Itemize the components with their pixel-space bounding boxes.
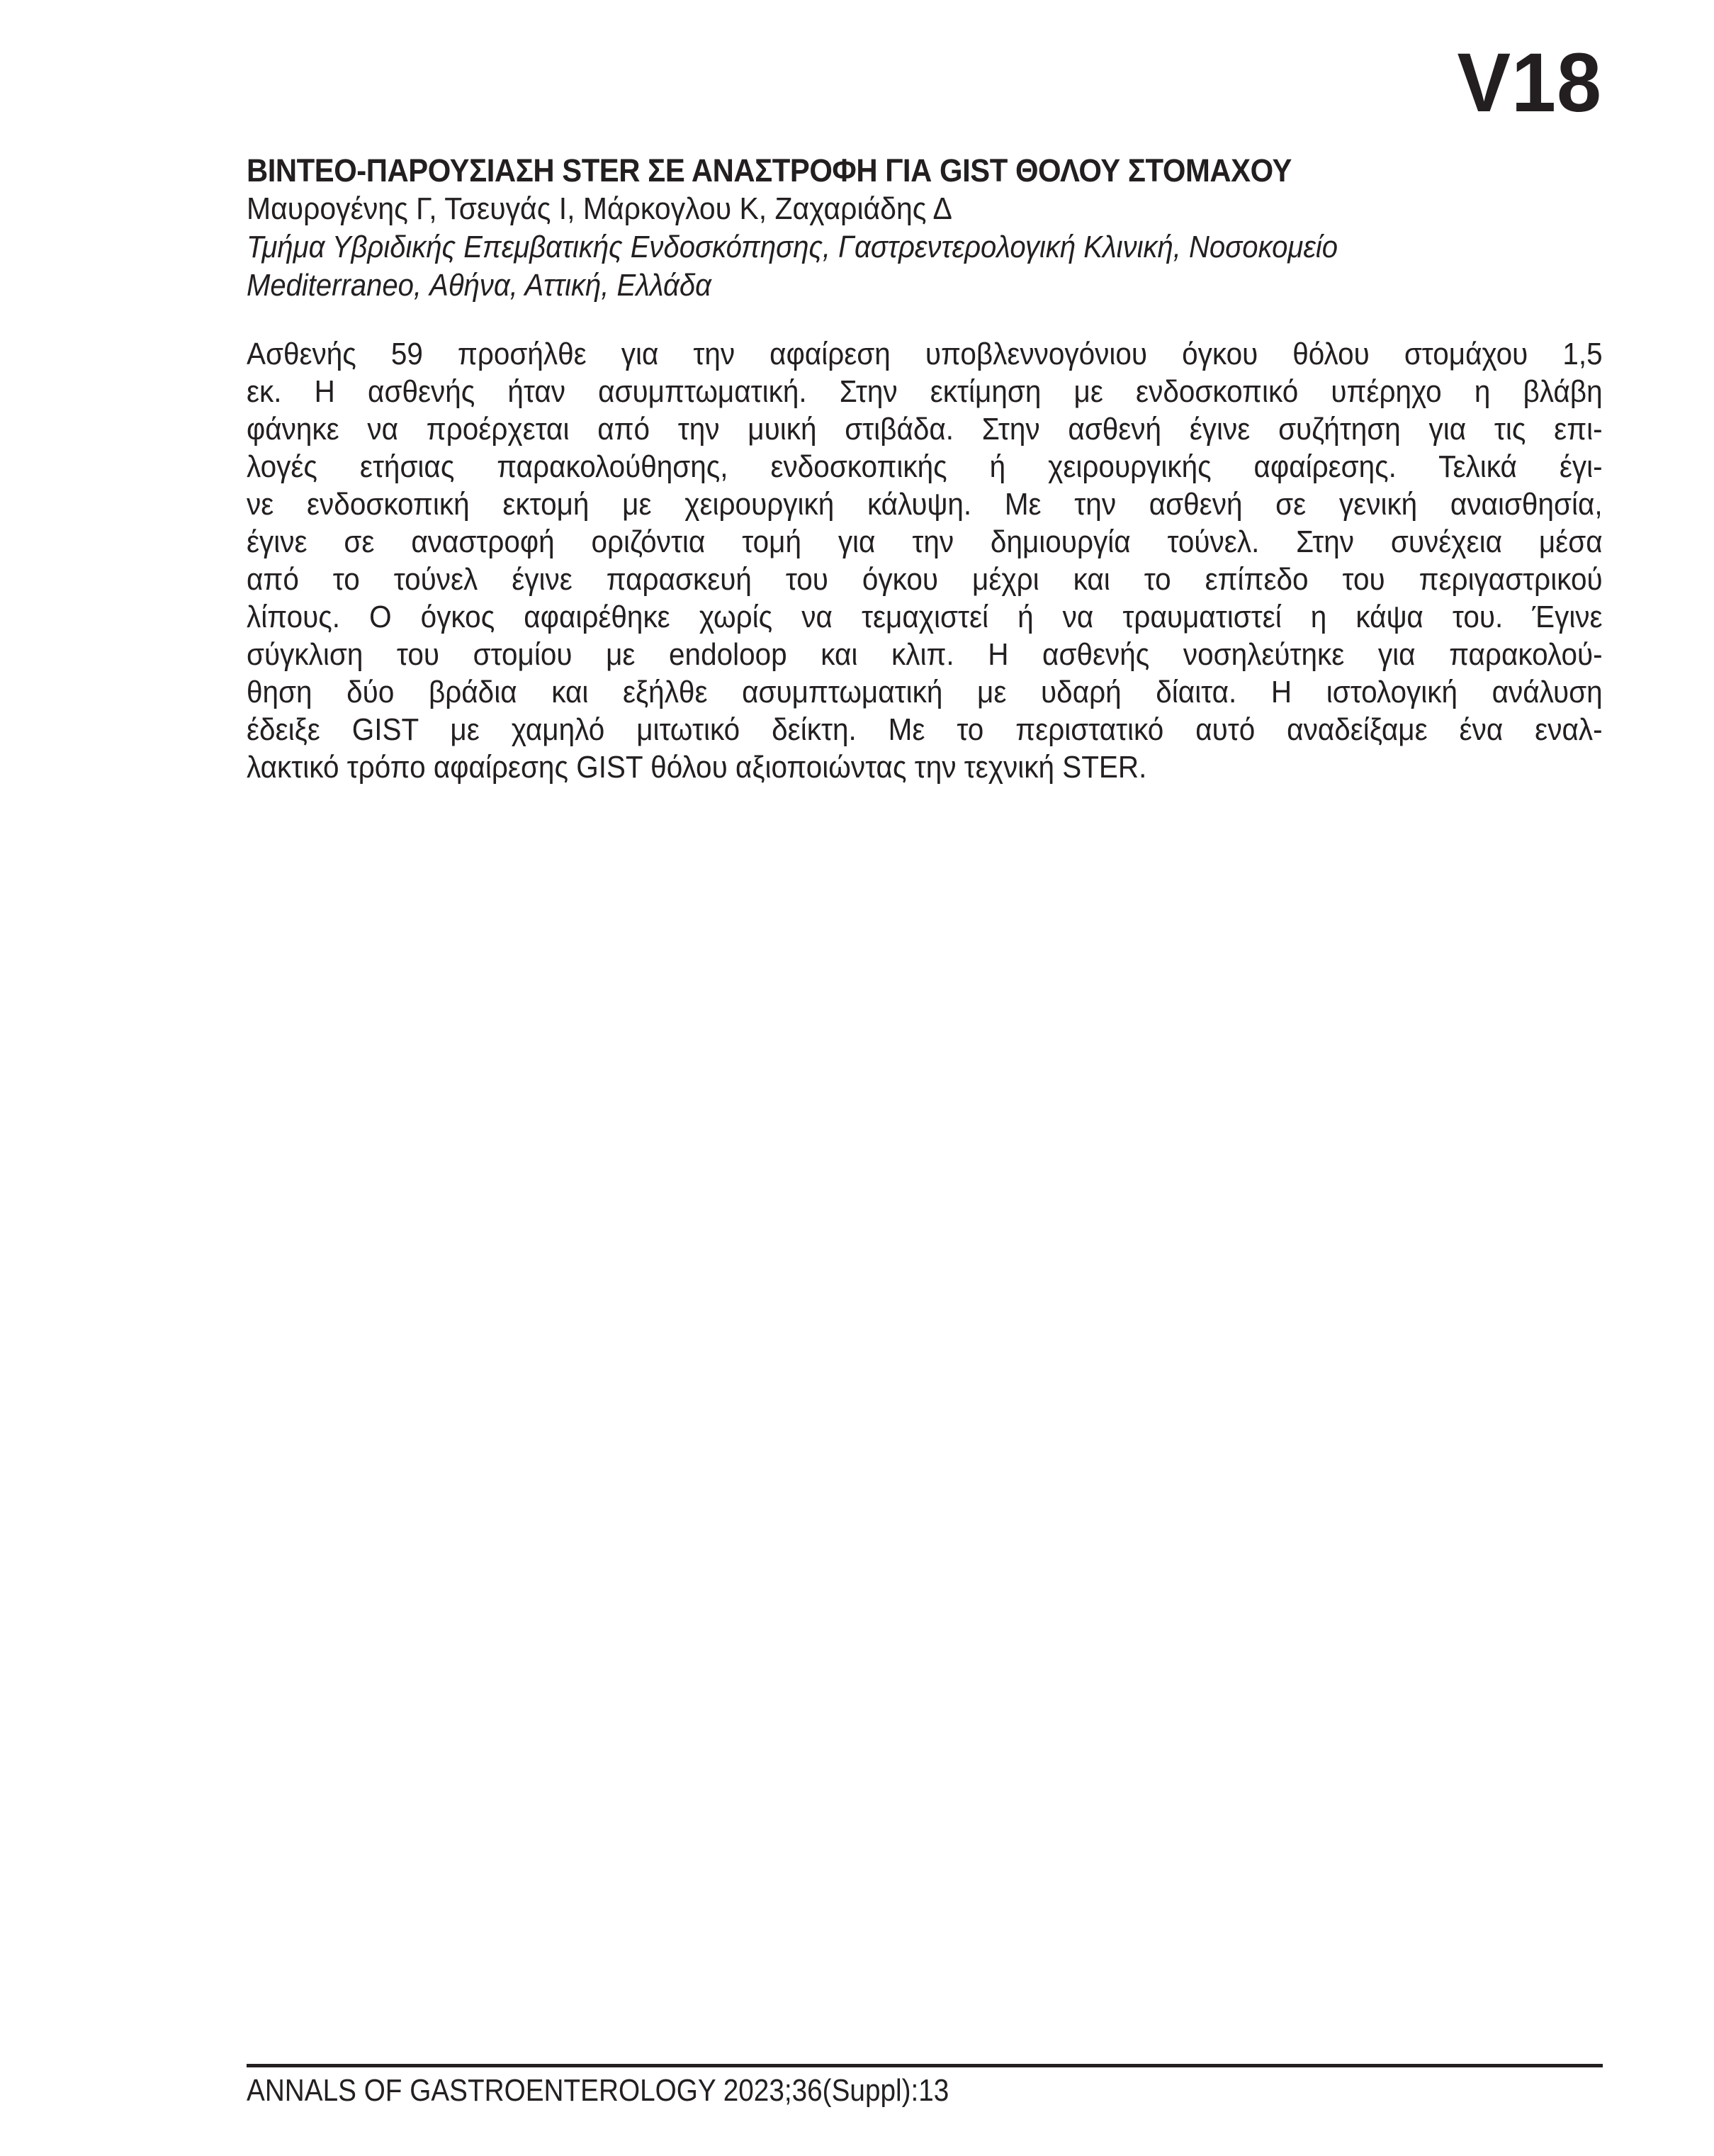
abstract-line: λογές ετήσιας παρακολούθησης, ενδοσκοπικ… <box>247 448 1603 485</box>
abstract-line: Ασθενής 59 προσήλθε για την αφαίρεση υπο… <box>247 335 1603 373</box>
affiliation-line: Τμήμα Υβριδικής Επεμβατικής Ενδοσκόπησης… <box>247 228 1481 266</box>
affiliation: Τμήμα Υβριδικής Επεμβατικής Ενδοσκόπησης… <box>247 228 1603 305</box>
abstract-line: από το τούνελ έγινε παρασκευή του όγκου … <box>247 561 1603 598</box>
abstract-body: Ασθενής 59 προσήλθε για την αφαίρεση υπο… <box>247 335 1603 786</box>
abstract-line: λακτικό τρόπο αφαίρεσης GIST θόλου αξιοπ… <box>247 748 1603 786</box>
abstract-number: V18 <box>1458 41 1602 125</box>
author-list: Μαυρογένης Γ, Τσευγάς Ι, Μάρκογλου Κ, Ζα… <box>247 190 1508 228</box>
abstract-line: νε ενδοσκοπική εκτομή με χειρουργική κάλ… <box>247 485 1603 523</box>
abstract-line: θηση δύο βράδια και εξήλθε ασυμπτωματική… <box>247 673 1603 711</box>
article-title: ΒΙΝΤΕΟ-ΠΑΡΟΥΣΙΑΣΗ STER ΣΕ ΑΝΑΣΤΡΟΦΗ ΓΙΑ … <box>247 152 1508 190</box>
affiliation-line: Mediterraneo, Αθήνα, Αττική, Ελλάδα <box>247 266 1481 305</box>
abstract-line: λίπους. Ο όγκος αφαιρέθηκε χωρίς να τεμα… <box>247 598 1603 636</box>
abstract-line: έγινε σε αναστροφή οριζόντια τομή για τη… <box>247 523 1603 561</box>
abstract-line: φάνηκε να προέρχεται από την μυική στιβά… <box>247 410 1603 448</box>
footer-divider <box>247 2064 1603 2067</box>
journal-citation: ANNALS OF GASTROENTEROLOGY 2023;36(Suppl… <box>247 2074 949 2108</box>
abstract-line: έδειξε GIST με χαμηλό μιτωτικό δείκτη. Μ… <box>247 711 1603 748</box>
abstract-line: σύγκλιση του στομίου με endoloop και κλι… <box>247 636 1603 673</box>
article: ΒΙΝΤΕΟ-ΠΑΡΟΥΣΙΑΣΗ STER ΣΕ ΑΝΑΣΤΡΟΦΗ ΓΙΑ … <box>247 152 1603 786</box>
abstract-line: εκ. Η ασθενής ήταν ασυμπτωματική. Στην ε… <box>247 373 1603 410</box>
